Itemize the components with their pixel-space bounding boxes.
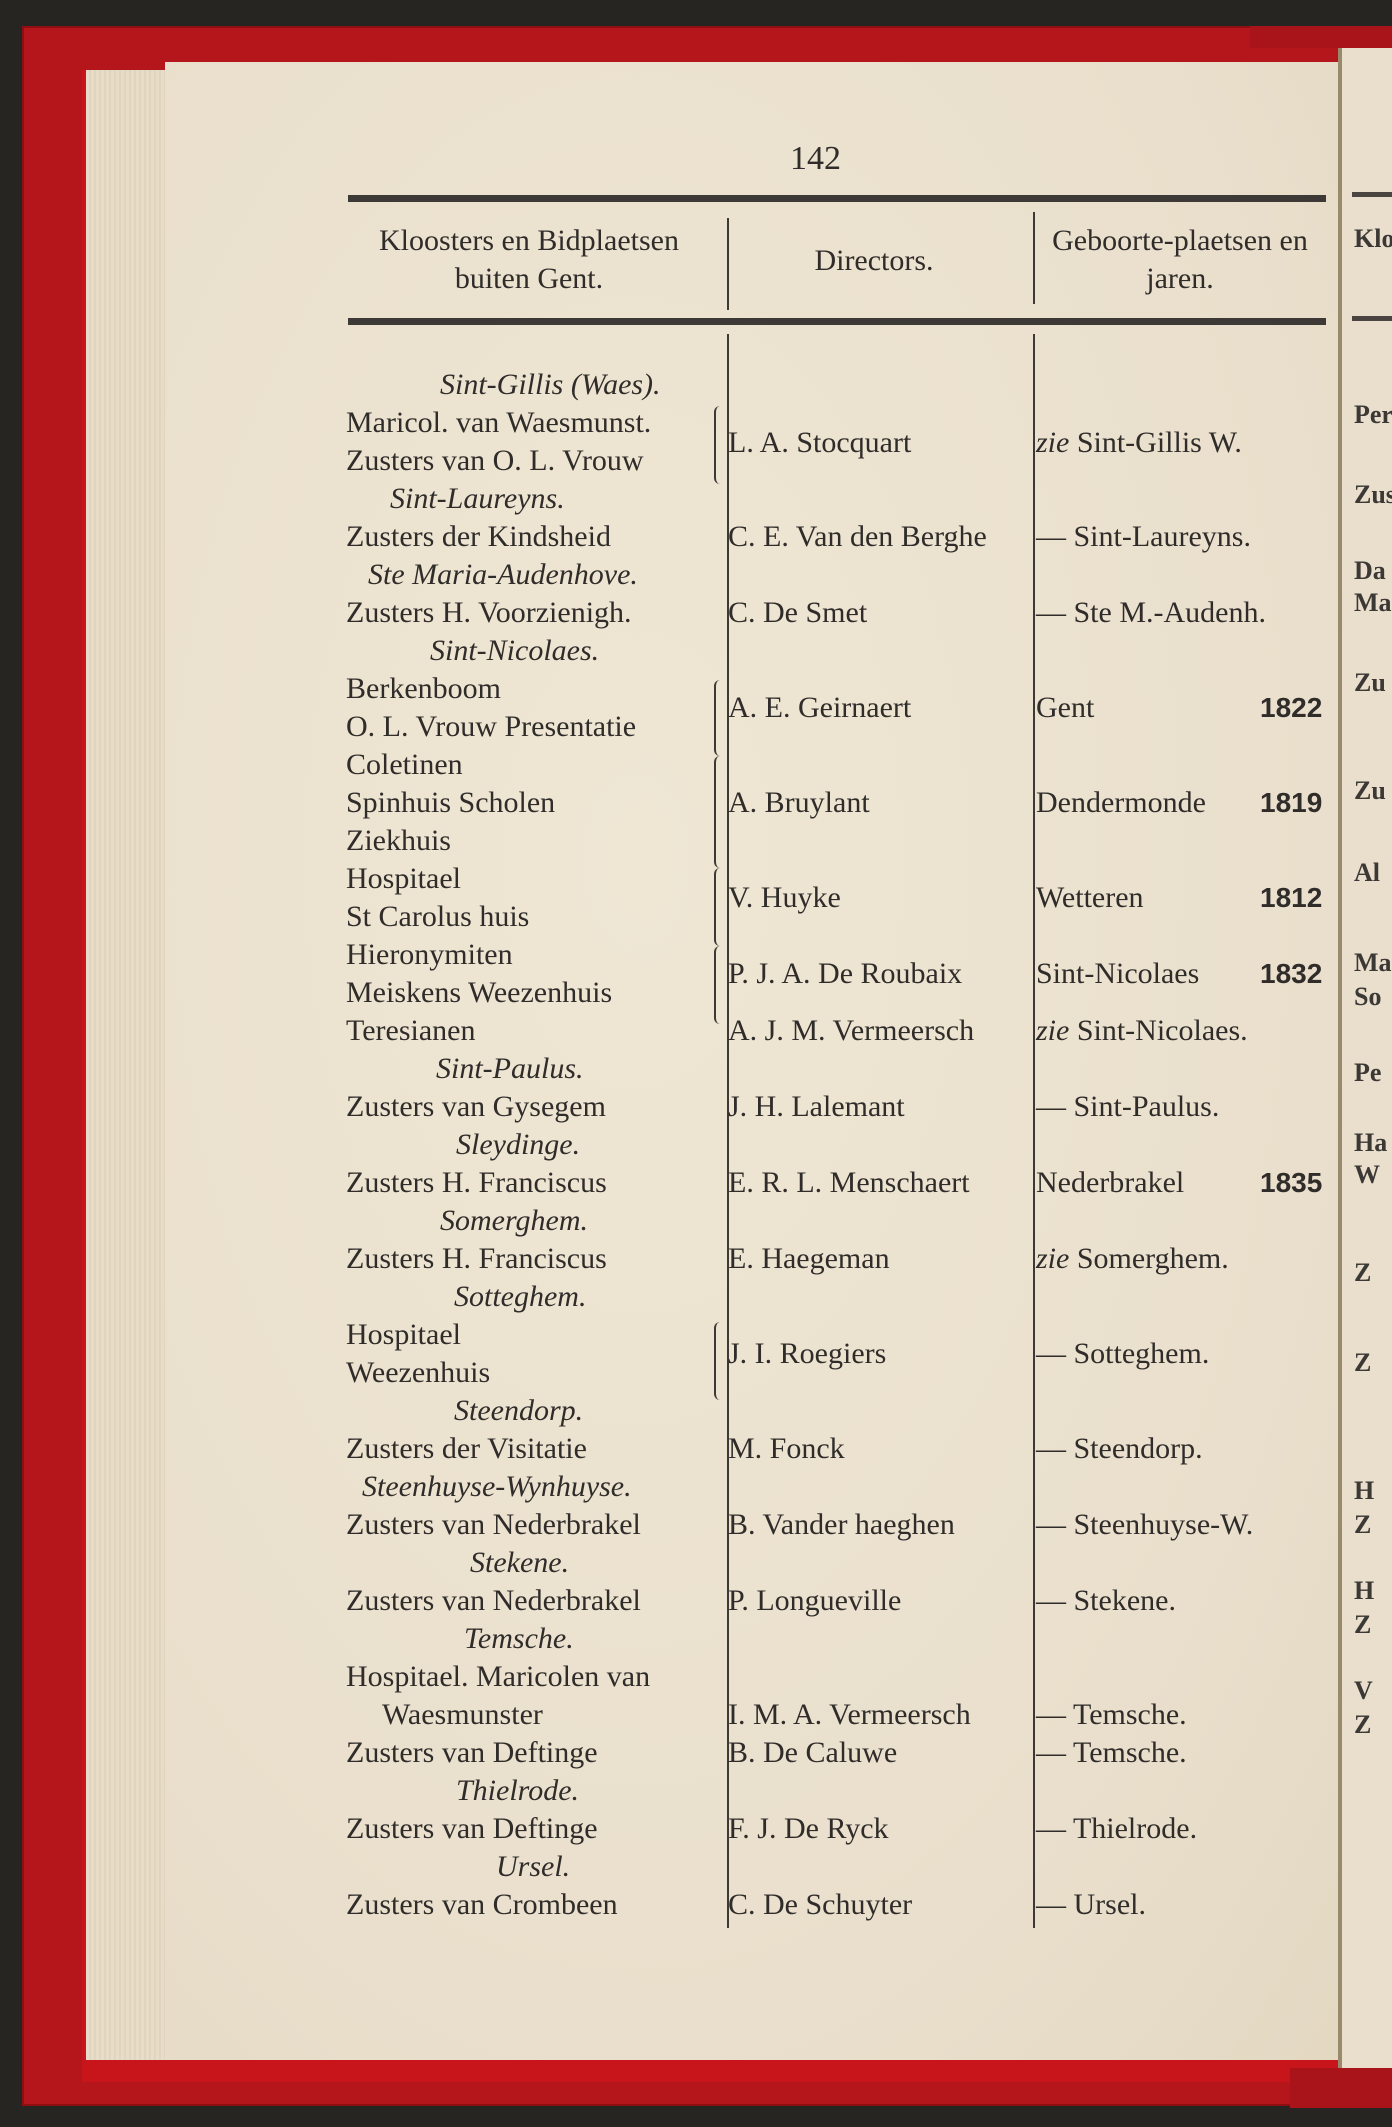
table-row: Spinhuis Scholen A. Bruylant Dendermonde…	[0, 784, 1392, 822]
place-heading: Sint-Gillis (Waes).	[440, 366, 661, 404]
bookmark-ribbon-top	[1250, 26, 1392, 48]
birthplace-value: Sint-Nicolaes.	[1077, 1014, 1248, 1047]
director: E. Haegeman	[728, 1240, 890, 1278]
place-heading: Sint-Paulus.	[436, 1050, 584, 1088]
see-prefix: zie	[1036, 1242, 1069, 1275]
institution: Spinhuis Scholen	[346, 784, 555, 822]
place-heading: Sint-Laureyns.	[390, 480, 565, 518]
birthplace: — Sint-Laureyns.	[1036, 518, 1251, 556]
director: I. M. A. Vermeersch	[728, 1696, 971, 1734]
director: E. R. L. Menschaert	[728, 1164, 970, 1202]
birth-year: 1832	[1260, 955, 1322, 993]
institution: Zusters van Deftinge	[346, 1734, 598, 1772]
table-row: Zusters van Deftinge F. J. De Ryck — Thi…	[0, 1810, 1392, 1848]
institution: Zusters van Crombeen	[346, 1886, 618, 1924]
director: B. De Caluwe	[728, 1734, 897, 1772]
institution: Hospitael. Maricolen van	[346, 1658, 650, 1696]
institution: Zusters H. Voorzienigh.	[346, 594, 632, 632]
director: L. A. Stocquart	[728, 424, 911, 462]
facing-page-text: Zus	[1354, 480, 1392, 510]
director: V. Huyke	[728, 879, 841, 917]
place-heading: Sotteghem.	[454, 1278, 586, 1316]
place-heading: Sleydinge.	[456, 1126, 580, 1164]
birthplace: — Sotteghem.	[1036, 1335, 1209, 1373]
table-row: Zusters H. Franciscus E. Haegeman zie So…	[0, 1240, 1392, 1278]
director: C. De Schuyter	[728, 1886, 912, 1924]
birthplace: Dendermonde	[1036, 784, 1206, 822]
bookmark-ribbon-bottom	[1290, 2068, 1392, 2108]
table-row: J. I. Roegiers — Sotteghem.	[0, 1335, 1392, 1373]
director: J. H. Lalemant	[728, 1088, 905, 1126]
column-header-institutions: Kloosters en Bidplaetsen buiten Gent.	[340, 222, 718, 298]
table-row: Zusters van Nederbrakel B. Vander haeghe…	[0, 1506, 1392, 1544]
director: F. J. De Ryck	[728, 1810, 889, 1848]
table-row: Teresianen A. J. M. Vermeersch zie Sint-…	[0, 1012, 1392, 1050]
director: C. E. Van den Berghe	[728, 518, 987, 556]
table-row: Zusters H. Franciscus E. R. L. Menschaer…	[0, 1164, 1392, 1202]
director: P. Longueville	[728, 1582, 901, 1620]
table-row: V. Huyke Wetteren 1812	[0, 879, 1392, 917]
birthplace: zie Sint-Nicolaes.	[1036, 1012, 1248, 1050]
birthplace-value: Sint-Gillis W.	[1077, 426, 1242, 459]
birthplace: — Temsche.	[1036, 1734, 1187, 1772]
institution: Zusters van Nederbrakel	[346, 1582, 641, 1620]
director: M. Fonck	[728, 1430, 845, 1468]
table-row: Zusters H. Voorzienigh. C. De Smet — Ste…	[0, 594, 1392, 632]
birthplace: — Steendorp.	[1036, 1430, 1203, 1468]
birthplace: Sint-Nicolaes	[1036, 955, 1199, 993]
header-column-divider	[727, 218, 729, 310]
director: B. Vander haeghen	[728, 1506, 955, 1544]
place-heading: Steendorp.	[454, 1392, 583, 1430]
table-row: Zusters van Crombeen C. De Schuyter — Ur…	[0, 1886, 1392, 1924]
birth-year: 1822	[1260, 689, 1322, 727]
birthplace: Gent	[1036, 689, 1094, 727]
place-heading: Ste Maria-Audenhove.	[368, 556, 638, 594]
place-heading: Somerghem.	[440, 1202, 588, 1240]
header-rule-bottom	[348, 318, 1326, 325]
facing-page-text: H	[1354, 1476, 1374, 1506]
column-header-directors: Directors.	[724, 242, 1024, 280]
birthplace: zie Somerghem.	[1036, 1240, 1229, 1278]
director: C. De Smet	[728, 594, 867, 632]
table-row: Zusters van Gysegem J. H. Lalemant — Sin…	[0, 1088, 1392, 1126]
director: J. I. Roegiers	[728, 1335, 886, 1373]
birthplace: — Thielrode.	[1036, 1810, 1197, 1848]
facing-page-rule-top	[1352, 192, 1392, 197]
institution: Teresianen	[346, 1012, 476, 1050]
institution: Waesmunster	[382, 1696, 543, 1734]
place-heading: Steenhuyse-Wynhuyse.	[362, 1468, 632, 1506]
institution: Zusters van Gysegem	[346, 1088, 606, 1126]
table-row: P. J. A. De Roubaix Sint-Nicolaes 1832	[0, 955, 1392, 993]
institution: Zusters van Nederbrakel	[346, 1506, 641, 1544]
director: P. J. A. De Roubaix	[728, 955, 962, 993]
birthplace: — Temsche.	[1036, 1696, 1187, 1734]
facing-page-text: Ha	[1354, 1128, 1387, 1158]
table-row: A. E. Geirnaert Gent 1822	[0, 689, 1392, 727]
institution: Coletinen	[346, 746, 463, 784]
birthplace: — Stekene.	[1036, 1582, 1176, 1620]
facing-page-rule-bottom	[1352, 316, 1392, 321]
director: A. J. M. Vermeersch	[728, 1012, 974, 1050]
birthplace: zie Sint-Gillis W.	[1036, 424, 1242, 462]
birthplace: — Sint-Paulus.	[1036, 1088, 1219, 1126]
birth-year: 1835	[1260, 1164, 1322, 1202]
table-row: Zusters van Deftinge B. De Caluwe — Tems…	[0, 1734, 1392, 1772]
birth-year: 1812	[1260, 879, 1322, 917]
birthplace: — Ursel.	[1036, 1886, 1146, 1924]
table-row: Zusters der Visitatie M. Fonck — Steendo…	[0, 1430, 1392, 1468]
institution: Zusters H. Franciscus	[346, 1240, 607, 1278]
facing-page-text: Klo	[1354, 224, 1392, 254]
page-number: 142	[790, 140, 841, 178]
director: A. E. Geirnaert	[728, 689, 911, 727]
place-heading: Stekene.	[470, 1544, 569, 1582]
table-row: Coletinen	[0, 746, 1392, 784]
place-heading: Ursel.	[496, 1848, 570, 1886]
birth-year: 1819	[1260, 784, 1322, 822]
table-row: Waesmunster I. M. A. Vermeersch — Temsch…	[0, 1696, 1392, 1734]
director: A. Bruylant	[728, 784, 870, 822]
institution: Zusters der Visitatie	[346, 1430, 587, 1468]
birthplace-value: Somerghem.	[1077, 1242, 1229, 1275]
column-header-birthplaces: Geboorte-plaetsen en jaren.	[1030, 222, 1330, 298]
table-row: Zusters der Kindsheid C. E. Van den Berg…	[0, 518, 1392, 556]
header-column-divider	[1033, 212, 1035, 304]
birthplace: Nederbrakel	[1036, 1164, 1184, 1202]
institution: Zusters H. Franciscus	[346, 1164, 607, 1202]
institution: Ziekhuis	[346, 822, 451, 860]
place-heading: Sint-Nicolaes.	[430, 632, 599, 670]
facing-page-text: Pe	[1354, 1058, 1381, 1088]
place-heading: Thielrode.	[456, 1772, 579, 1810]
table-row: Ziekhuis	[0, 822, 1392, 860]
table-row: Hospitael. Maricolen van	[0, 1658, 1392, 1696]
header-rule-top	[348, 195, 1326, 202]
place-heading: Temsche.	[464, 1620, 574, 1658]
see-prefix: zie	[1036, 1014, 1069, 1047]
institution: Zusters van Deftinge	[346, 1810, 598, 1848]
birthplace: — Ste M.-Audenh.	[1036, 594, 1266, 632]
table-row: L. A. Stocquart zie Sint-Gillis W.	[0, 424, 1392, 462]
birthplace: Wetteren	[1036, 879, 1144, 917]
table-row: Zusters van Nederbrakel P. Longueville —…	[0, 1582, 1392, 1620]
institution: Zusters der Kindsheid	[346, 518, 611, 556]
birthplace: — Steenhuyse-W.	[1036, 1506, 1253, 1544]
see-prefix: zie	[1036, 426, 1069, 459]
facing-page-text: Da	[1354, 556, 1386, 586]
